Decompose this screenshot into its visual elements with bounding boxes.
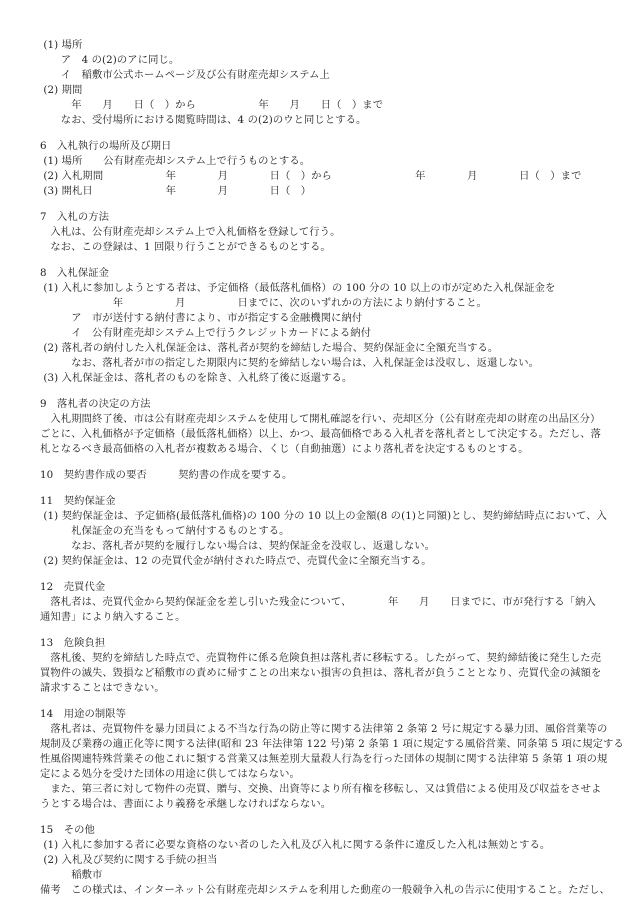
text-line: 落札者は、売買代金から契約保証金を差し引いた残金について、 年 月 日までに、市… [40, 595, 630, 610]
text-line: ア 4 の(2)のアに同じ。 [40, 53, 630, 68]
text-line: 落札後、契約を締結した時点で、売買物件に係る危険負担は落札者に移転する。したがっ… [40, 651, 630, 666]
text-line: (2) 入札及び契約に関する手続の担当 [40, 853, 630, 868]
text-line: (1) 入札に参加しようとする者は、予定価格（最低落札価格）の 100 分の 1… [40, 281, 630, 296]
document-body: (1) 場所 ア 4 の(2)のアに同じ。 イ 稲敷市公式ホームページ及び公有財… [40, 38, 630, 898]
text-line: 年 月 日までに、次のいずれかの方法により納付すること。 [40, 296, 630, 311]
text-line: 性風俗関連特殊営業その他これに類する営業又は無差別大量殺人行為を行った団体の規制… [40, 752, 630, 767]
text-line: ア 市が送付する納付書により、市が指定する金融機関に納付 [40, 311, 630, 326]
text-line: なお、落札者が市の指定した期限内に契約を締結しない場合は、入札保証金は没収し、返… [40, 356, 630, 371]
text-line: なお、受付場所における閲覧時間は、4 の(2)のウと同じとする。 [40, 113, 630, 128]
text-line: なお、落札者が契約を履行しない場合は、契約保証金を没収し、返還しない。 [40, 539, 630, 554]
text-line: 12 売買代金 [40, 580, 630, 595]
text-line: (3) 入札保証金は、落札者のものを除き、入札終了後に返還する。 [40, 371, 630, 386]
blank-line [40, 625, 630, 636]
text-line: (3) 開札日 年 月 日（ ） [40, 184, 630, 199]
text-line: 10 契約書作成の要否 契約書の作成を要する。 [40, 468, 630, 483]
blank-line [40, 457, 630, 468]
text-line: 入札期間終了後、市は公有財産売却システムを使用して開札確認を行い、売却区分（公有… [40, 412, 630, 427]
text-line: 請求することはできない。 [40, 681, 630, 696]
text-line: 札となるべき最高価格の入札者が複数ある場合、くじ（自動抽選）により落札者を決定す… [40, 442, 630, 457]
text-line: 13 危険負担 [40, 636, 630, 651]
text-line: (1) 契約保証金は、予定価格(最低落札価格)の 100 分の 10 以上の金額… [40, 509, 630, 524]
text-line: (1) 入札に参加する者に必要な資格のない者のした入札及び入札に関する条件に違反… [40, 838, 630, 853]
text-line: また、第三者に対して物件の売買、贈与、交換、出資等により所有権を移転し、又は賃借… [40, 782, 630, 797]
blank-line [40, 128, 630, 139]
text-line: うとする場合は、書面により義務を承継しなければならない。 [40, 797, 630, 812]
text-line: 買物件の滅失、毀損など稲敷市の責めに帰すことの出来ない損害の負担は、落札者が負う… [40, 666, 630, 681]
text-line: 15 その他 [40, 823, 630, 838]
text-line: 定による処分を受けた団体の用途に供してはならない。 [40, 767, 630, 782]
text-line: 8 入札保証金 [40, 266, 630, 281]
text-line: 備考 この様式は、インターネット公有財産売却システムを利用した動産の一般競争入札… [40, 883, 630, 898]
text-line: (1) 場所 [40, 38, 630, 53]
text-line: 札保証金の充当をもって納付するものとする。 [40, 524, 630, 539]
blank-line [40, 199, 630, 210]
text-line: 通知書」により納入すること。 [40, 610, 630, 625]
text-line: (2) 契約保証金は、12 の売買代金が納付された時点で、売買代金に全額充当する… [40, 554, 630, 569]
text-line: (2) 期間 [40, 83, 630, 98]
text-line: 規制及び業務の適正化等に関する法律(昭和 23 年法律第 122 号)第 2 条… [40, 737, 630, 752]
text-line: 7 入札の方法 [40, 210, 630, 225]
blank-line [40, 696, 630, 707]
text-line: 9 落札者の決定の方法 [40, 397, 630, 412]
blank-line [40, 812, 630, 823]
text-line: 入札は、公有財産売却システム上で入札価格を登録して行う。 [40, 225, 630, 240]
blank-line [40, 569, 630, 580]
blank-line [40, 255, 630, 266]
blank-line [40, 483, 630, 494]
text-line: なお、この登録は、1 回限り行うことができるものとする。 [40, 240, 630, 255]
text-line: 6 入札執行の場所及び期日 [40, 139, 630, 154]
text-line: ごとに、入札価格が予定価格（最低落札価格）以上、かつ、最高価格である入札者を落札… [40, 427, 630, 442]
text-line: 14 用途の制限等 [40, 707, 630, 722]
text-line: 落札者は、売買物件を暴力団員による不当な行為の防止等に関する法律第 2 条第 2… [40, 722, 630, 737]
text-line: (2) 入札期間 年 月 日（ ）から 年 月 日（ ）まで [40, 169, 630, 184]
text-line: イ 公有財産売却システム上で行うクレジットカードによる納付 [40, 326, 630, 341]
blank-line [40, 386, 630, 397]
document-page: (1) 場所 ア 4 の(2)のアに同じ。 イ 稲敷市公式ホームページ及び公有財… [0, 0, 630, 903]
text-line: 年 月 日（ ）から 年 月 日（ ）まで [40, 98, 630, 113]
text-line: イ 稲敷市公式ホームページ及び公有財産売却システム上 [40, 68, 630, 83]
text-line: 稲敷市 [40, 868, 630, 883]
text-line: (1) 場所 公有財産売却システム上で行うものとする。 [40, 154, 630, 169]
text-line: (2) 落札者の納付した入札保証金は、落札者が契約を締結した場合、契約保証金に全… [40, 341, 630, 356]
text-line: 11 契約保証金 [40, 494, 630, 509]
